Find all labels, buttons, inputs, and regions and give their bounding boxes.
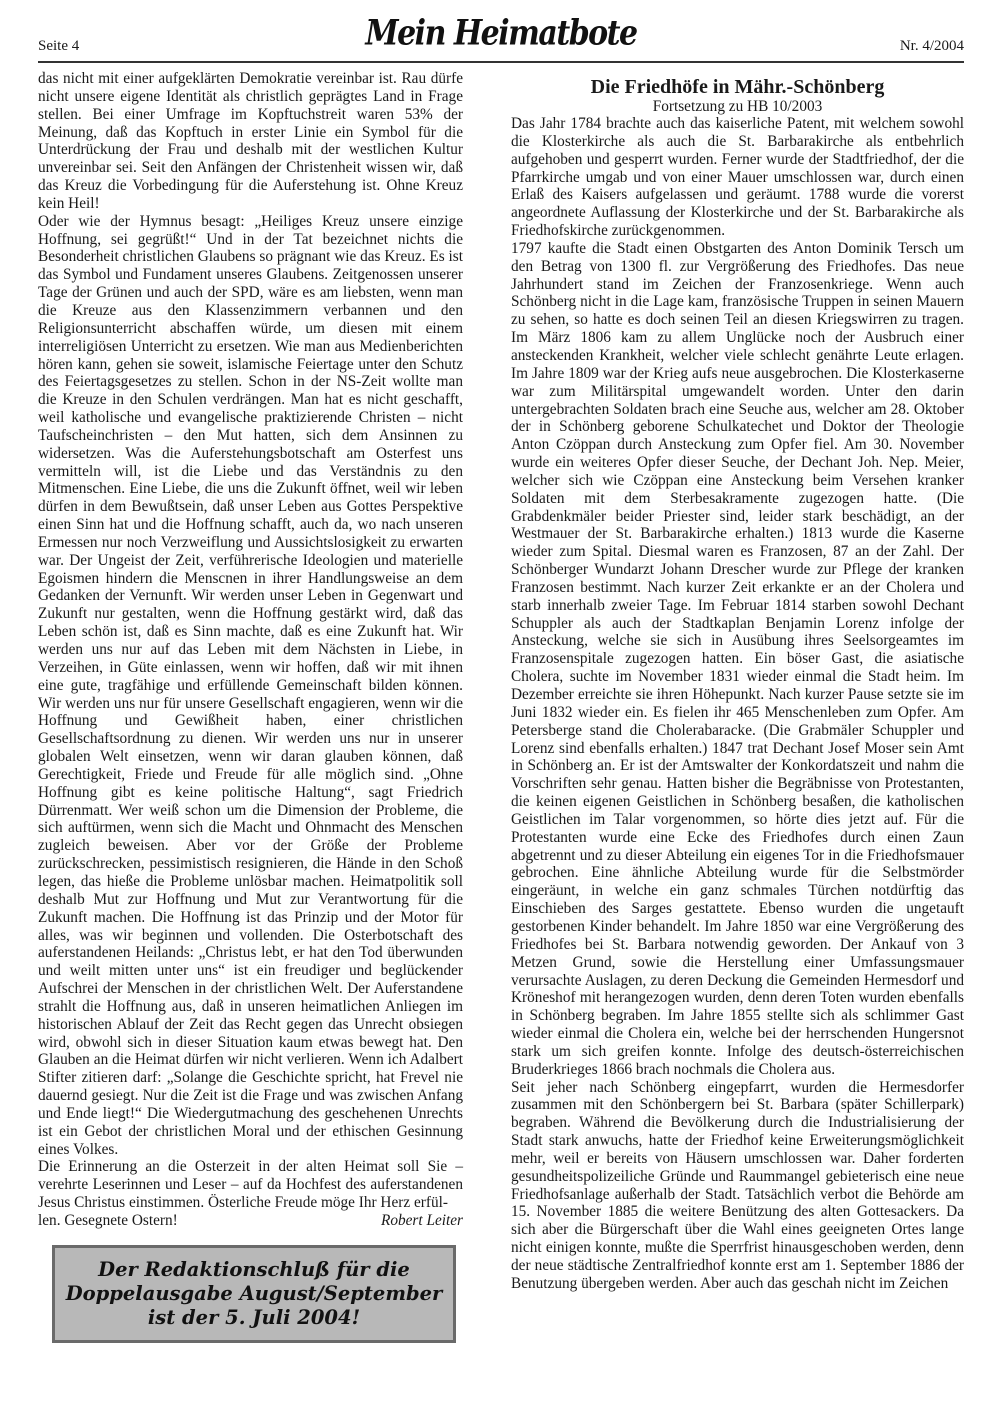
signature-line: len. Gesegnete Ostern! Robert Leiter xyxy=(38,1212,463,1230)
notice-line-2: Doppelausgabe August/September xyxy=(66,1282,443,1306)
article-title: Die Friedhöfe in Mähr.-Schönberg xyxy=(511,76,964,98)
page-number: Seite 4 xyxy=(38,38,79,55)
notice-line-1: Der Redaktionschluß für die xyxy=(98,1258,410,1282)
paragraph: 1797 kaufte die Stadt einen Obstgarten d… xyxy=(511,240,964,1079)
page-header: Seite 4 Mein Heimatbote Nr. 4/2004 xyxy=(38,18,964,62)
author-name: Robert Leiter xyxy=(381,1212,463,1230)
paragraph-closing: Die Erinnerung an die Osterzeit in der a… xyxy=(38,1158,463,1212)
issue-number: Nr. 4/2004 xyxy=(900,38,964,55)
left-column-article: das nicht mit einer aufgeklärten Demokra… xyxy=(38,70,463,1230)
deadline-notice-box: Der Redaktionschluß für die Doppelausgab… xyxy=(52,1245,456,1343)
notice-line-3: ist der 5. Juli 2004! xyxy=(148,1306,360,1330)
paragraph: Oder wie der Hymnus besagt: „Heiliges Kr… xyxy=(38,213,463,1159)
closing-text: len. Gesegnete Ostern! xyxy=(38,1212,178,1230)
article-subtitle: Fortsetzung zu HB 10/2003 xyxy=(511,98,964,115)
right-column-article: Die Friedhöfe in Mähr.-Schönberg Fortset… xyxy=(511,68,964,1293)
paragraph: Seit jeher nach Schönberg eingepfarrt, w… xyxy=(511,1079,964,1293)
paragraph: Das Jahr 1784 brachte auch das kaiserlic… xyxy=(511,115,964,240)
header-rule xyxy=(38,61,964,63)
masthead-logo: Mein Heimatbote xyxy=(365,13,636,53)
paragraph: das nicht mit einer aufgeklärten Demokra… xyxy=(38,70,463,213)
